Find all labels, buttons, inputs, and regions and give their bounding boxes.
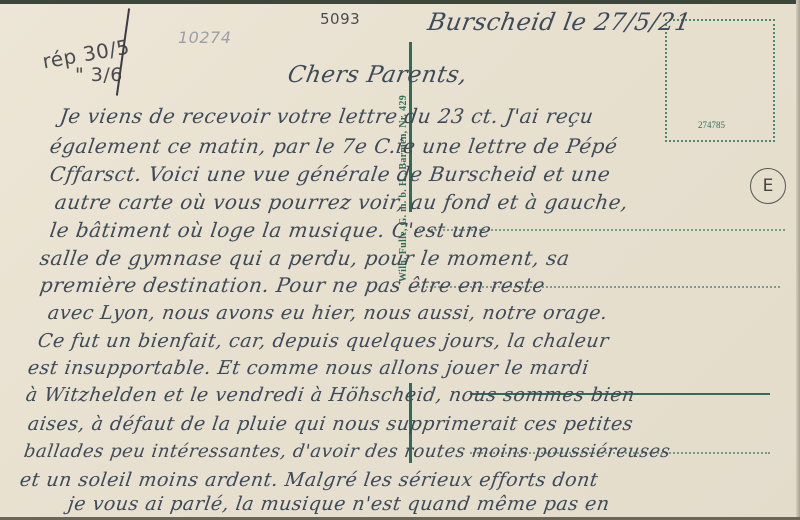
letter-line: également ce matin, par le 7e C.ie une l…: [48, 134, 619, 158]
reply-note-2: " 3/6: [75, 64, 123, 86]
letter-line: Ce fut un bienfait, car, depuis quelques…: [36, 330, 610, 352]
letter-line: première destination. Pour ne pas être e…: [38, 273, 546, 297]
letter-line: et un soleil moins ardent. Malgré les sé…: [18, 469, 599, 491]
letter-line: autre carte où vous pourrez voir, au fon…: [53, 190, 629, 214]
stamp-box-number: 274785: [698, 120, 725, 130]
letter-line: je vous ai parlé, la musique n'est quand…: [66, 493, 611, 515]
letter-line: est insupportable. Et comme nous allons …: [26, 357, 590, 379]
letter-line: Cffarsct. Voici une vue générale de Burs…: [48, 162, 612, 186]
place-date: Burscheid le 27/5/21: [426, 8, 694, 36]
letter-line: à Witzhelden et le vendredi à Höhscheid,…: [24, 384, 636, 406]
scan-edge-right: [796, 0, 800, 520]
letter-line: aises, à défaut de la pluie qui nous sup…: [26, 413, 634, 435]
catalog-number: 5093: [320, 10, 360, 28]
letter-line: salle de gymnase qui a perdu, pour le mo…: [38, 246, 571, 270]
scan-edge-top: [0, 0, 800, 4]
postcard-back: Wilh. Fulle, G. m. b. H., Barmen, Nr. 42…: [0, 0, 800, 520]
salutation: Chers Parents,: [286, 62, 470, 88]
circled-letter-stamp: E: [750, 168, 786, 204]
pencil-number: 10274: [178, 28, 231, 47]
letter-line: Je viens de recevoir votre lettre du 23 …: [58, 104, 595, 128]
letter-line: le bâtiment où loge la musique. C'est un…: [48, 218, 493, 242]
letter-line: ballades peu intéressantes, d'avoir des …: [23, 441, 672, 462]
letter-line: avec Lyon, nous avons eu hier, nous auss…: [46, 302, 609, 324]
